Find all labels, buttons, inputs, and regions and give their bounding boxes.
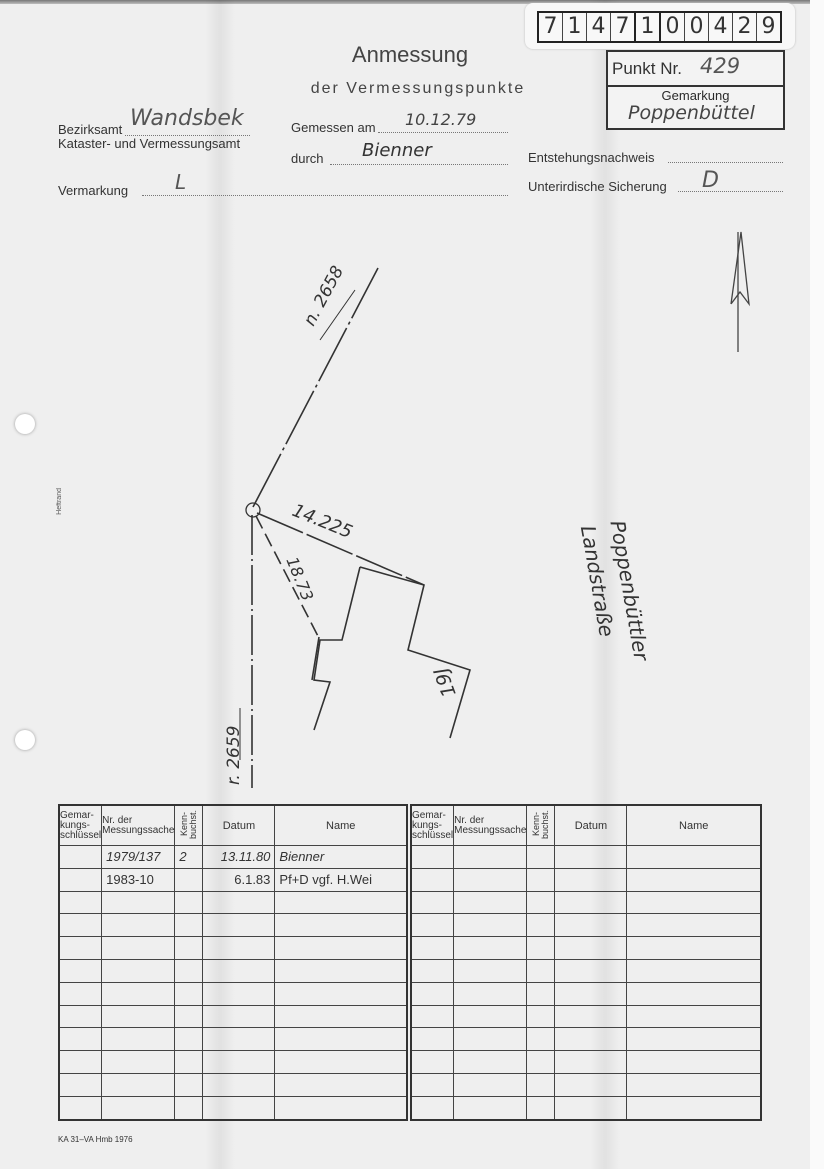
cell-name[interactable] [627, 868, 761, 891]
cell-nr[interactable] [102, 982, 175, 1005]
cell-name[interactable] [275, 959, 407, 982]
cell-datum[interactable]: 6.1.83 [203, 868, 275, 891]
cell-kenn[interactable] [175, 891, 203, 914]
cell-nr[interactable]: 1983-10 [102, 868, 175, 891]
header-name: Name [627, 805, 761, 846]
cell-nr[interactable] [102, 891, 175, 914]
cell-nr[interactable] [454, 868, 527, 891]
table-row [411, 846, 761, 869]
cell-kenn[interactable] [527, 1096, 555, 1119]
table-row [59, 959, 407, 982]
cell-datum[interactable] [555, 846, 627, 869]
cell-nr[interactable] [454, 982, 527, 1005]
cell-name[interactable] [627, 959, 761, 982]
cell-kenn[interactable] [175, 982, 203, 1005]
cell-name[interactable] [627, 914, 761, 937]
measurement-table-right: Gemar-kungs-schlüssel Nr. der Messungssa… [410, 804, 762, 1121]
table-row [59, 1073, 407, 1096]
cell-name[interactable] [627, 1028, 761, 1051]
cell-schluessel[interactable] [59, 1073, 102, 1096]
cell-nr[interactable] [454, 1096, 527, 1119]
cell-kenn[interactable] [527, 982, 555, 1005]
cell-kenn[interactable] [175, 937, 203, 960]
table-header-row: Gemar-kungs-schlüssel Nr. der Messungssa… [411, 805, 761, 846]
cell-nr[interactable] [454, 914, 527, 937]
header-datum: Datum [555, 805, 627, 846]
header-nr: Nr. der Messungssache [454, 805, 527, 846]
table-row [59, 891, 407, 914]
cell-nr[interactable] [454, 1005, 527, 1028]
table-row [59, 1096, 407, 1119]
cell-schluessel[interactable] [59, 982, 102, 1005]
cell-datum[interactable] [203, 1028, 275, 1051]
cell-name[interactable] [627, 1005, 761, 1028]
header-schluessel: Gemar-kungs-schlüssel [59, 805, 102, 846]
header-datum: Datum [203, 805, 275, 846]
cell-schluessel[interactable] [59, 937, 102, 960]
cell-nr[interactable] [454, 1073, 527, 1096]
cell-nr[interactable] [102, 937, 175, 960]
table-row [411, 1096, 761, 1119]
cell-schluessel[interactable] [411, 1096, 454, 1119]
cell-datum[interactable] [555, 959, 627, 982]
cell-nr[interactable] [102, 1051, 175, 1074]
cell-datum[interactable] [555, 1073, 627, 1096]
cell-kenn[interactable] [175, 1051, 203, 1074]
table-row [59, 982, 407, 1005]
table-row: 1979/137213.11.80Bienner [59, 846, 407, 869]
cell-kenn[interactable] [175, 914, 203, 937]
cell-name[interactable] [275, 937, 407, 960]
header-name: Name [275, 805, 407, 846]
cell-nr[interactable] [102, 1028, 175, 1051]
cell-datum[interactable] [555, 982, 627, 1005]
cell-schluessel[interactable] [59, 868, 102, 891]
cell-schluessel[interactable] [411, 1005, 454, 1028]
cell-schluessel[interactable] [411, 891, 454, 914]
table-row [411, 868, 761, 891]
cell-datum[interactable] [203, 914, 275, 937]
cell-nr[interactable] [102, 959, 175, 982]
cell-nr[interactable] [454, 1028, 527, 1051]
cell-datum[interactable] [555, 868, 627, 891]
table-row [411, 1051, 761, 1074]
cell-kenn[interactable] [527, 891, 555, 914]
cell-datum[interactable] [203, 1073, 275, 1096]
cell-datum[interactable] [203, 1005, 275, 1028]
cell-name[interactable]: Bienner [275, 846, 407, 869]
header-schluessel: Gemar-kungs-schlüssel [411, 805, 454, 846]
cell-schluessel[interactable] [411, 846, 454, 869]
cell-name[interactable] [627, 846, 761, 869]
cell-datum[interactable] [555, 1051, 627, 1074]
measurement-table-left: Gemar-kungs-schlüssel Nr. der Messungssa… [58, 804, 408, 1121]
table-row [59, 1051, 407, 1074]
cell-nr[interactable] [454, 846, 527, 869]
cell-name[interactable] [275, 1096, 407, 1119]
north-arrow-icon [731, 232, 749, 352]
cell-name[interactable] [627, 937, 761, 960]
cell-datum[interactable] [203, 982, 275, 1005]
table-row [411, 1073, 761, 1096]
cell-kenn[interactable] [175, 868, 203, 891]
header-kenn: Kenn-buchst. [527, 805, 555, 846]
table-row [411, 891, 761, 914]
cell-name[interactable] [275, 1051, 407, 1074]
cell-datum[interactable] [555, 1005, 627, 1028]
cell-datum[interactable]: 13.11.80 [203, 846, 275, 869]
cell-nr[interactable] [454, 1051, 527, 1074]
cell-datum[interactable] [555, 1028, 627, 1051]
cell-kenn[interactable] [527, 868, 555, 891]
cell-name[interactable] [627, 1051, 761, 1074]
cell-name[interactable] [275, 1005, 407, 1028]
table-row: 1983-106.1.83Pf+D vgf. H.Wei [59, 868, 407, 891]
cell-kenn[interactable] [527, 1051, 555, 1074]
cell-name[interactable] [275, 891, 407, 914]
cell-schluessel[interactable] [59, 1005, 102, 1028]
cell-nr[interactable] [102, 1005, 175, 1028]
table-row [411, 959, 761, 982]
cell-name[interactable] [627, 1073, 761, 1096]
table-row [411, 914, 761, 937]
table-row [411, 982, 761, 1005]
cell-name[interactable] [275, 1073, 407, 1096]
cell-datum[interactable] [203, 1051, 275, 1074]
cell-schluessel[interactable] [59, 1028, 102, 1051]
cell-kenn[interactable] [175, 1005, 203, 1028]
table-row [59, 937, 407, 960]
cell-schluessel[interactable] [411, 937, 454, 960]
cell-kenn[interactable] [175, 1096, 203, 1119]
cell-name[interactable]: Pf+D vgf. H.Wei [275, 868, 407, 891]
cell-kenn[interactable] [175, 1028, 203, 1051]
table-row [59, 1028, 407, 1051]
cell-datum[interactable] [203, 937, 275, 960]
cell-kenn[interactable] [527, 959, 555, 982]
cell-nr[interactable] [454, 959, 527, 982]
cell-nr[interactable] [454, 891, 527, 914]
cell-kenn[interactable] [175, 1073, 203, 1096]
cell-nr[interactable] [102, 914, 175, 937]
cell-name[interactable] [275, 982, 407, 1005]
cell-schluessel[interactable] [411, 1073, 454, 1096]
cell-kenn[interactable] [527, 1005, 555, 1028]
cell-kenn[interactable] [175, 959, 203, 982]
cell-schluessel[interactable] [59, 1051, 102, 1074]
cell-datum[interactable] [203, 1096, 275, 1119]
cell-nr[interactable] [102, 1073, 175, 1096]
cell-kenn[interactable] [527, 1028, 555, 1051]
header-nr: Nr. der Messungssache [102, 805, 175, 846]
table-row [59, 1005, 407, 1028]
cell-schluessel[interactable] [59, 1096, 102, 1119]
cell-datum[interactable] [555, 937, 627, 960]
table-row [59, 914, 407, 937]
cell-schluessel[interactable] [411, 868, 454, 891]
cell-schluessel[interactable] [59, 914, 102, 937]
cell-schluessel[interactable] [411, 914, 454, 937]
cell-schluessel[interactable] [411, 982, 454, 1005]
header-kenn: Kenn-buchst. [175, 805, 203, 846]
cell-schluessel[interactable] [411, 1051, 454, 1074]
cell-name[interactable] [275, 1028, 407, 1051]
cell-name[interactable] [627, 1096, 761, 1119]
table-row [411, 1028, 761, 1051]
cell-schluessel[interactable] [411, 1028, 454, 1051]
form-code: KA 31–VA Hmb 1976 [58, 1135, 133, 1144]
cell-nr[interactable] [454, 937, 527, 960]
table-row [411, 1005, 761, 1028]
table-row [411, 937, 761, 960]
cell-schluessel[interactable] [59, 891, 102, 914]
table-header-row: Gemar-kungs-schlüssel Nr. der Messungssa… [59, 805, 407, 846]
cell-name[interactable] [627, 891, 761, 914]
cell-nr[interactable]: 1979/137 [102, 846, 175, 869]
cell-kenn[interactable] [527, 846, 555, 869]
cell-kenn[interactable] [527, 1073, 555, 1096]
sketch-label-south: r. 2659 [224, 726, 244, 786]
cell-datum[interactable] [555, 914, 627, 937]
cell-kenn[interactable]: 2 [175, 846, 203, 869]
cell-schluessel[interactable] [411, 959, 454, 982]
cell-datum[interactable] [555, 1096, 627, 1119]
cell-nr[interactable] [102, 1096, 175, 1119]
cell-datum[interactable] [555, 891, 627, 914]
cell-name[interactable] [627, 982, 761, 1005]
cell-name[interactable] [275, 914, 407, 937]
cell-kenn[interactable] [527, 937, 555, 960]
cell-schluessel[interactable] [59, 959, 102, 982]
cell-datum[interactable] [203, 959, 275, 982]
cell-schluessel[interactable] [59, 846, 102, 869]
cell-datum[interactable] [203, 891, 275, 914]
cell-kenn[interactable] [527, 914, 555, 937]
survey-sketch [0, 0, 824, 800]
